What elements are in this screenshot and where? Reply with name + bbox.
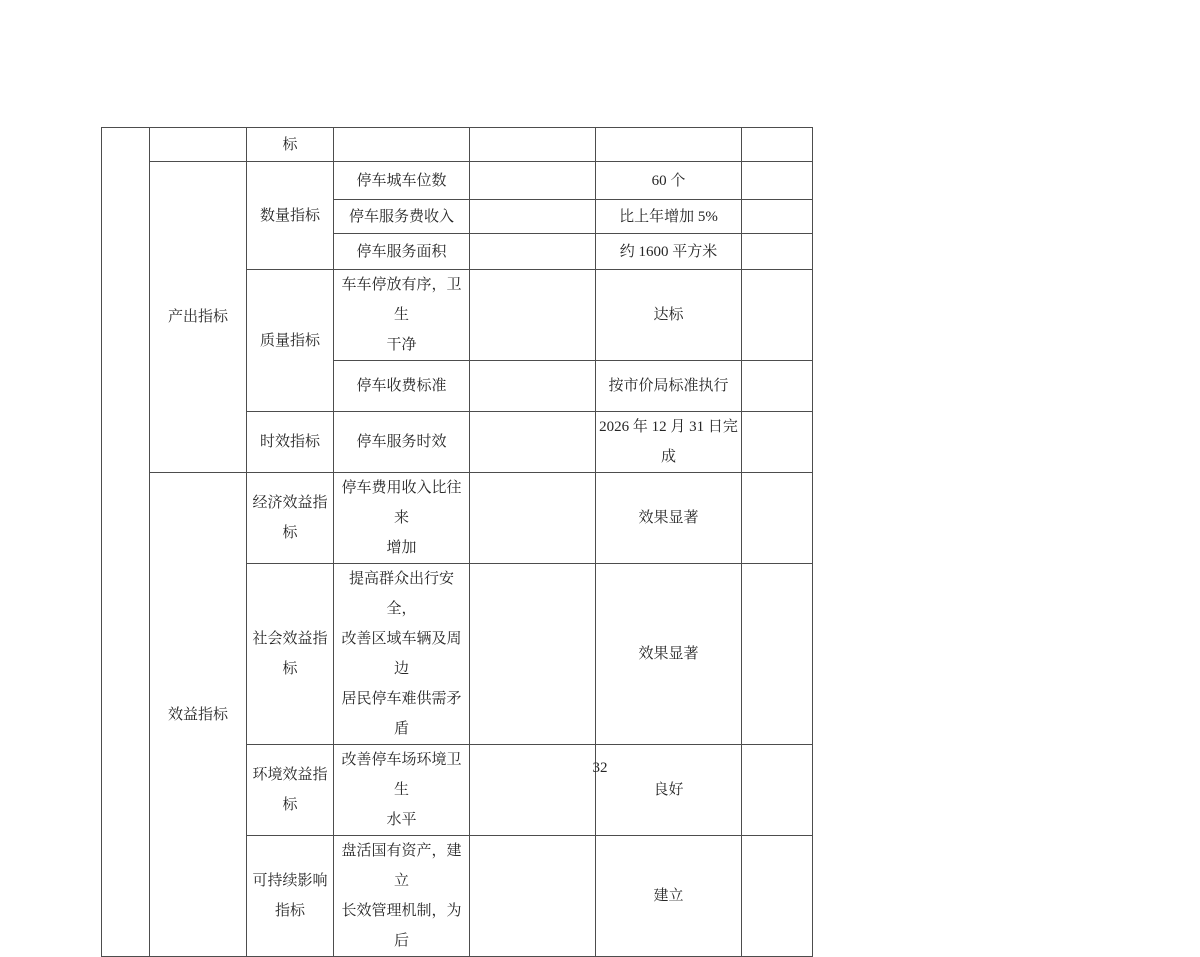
group-label-cell-timeliness: 时效指标 (247, 412, 334, 473)
target-value-cell: 效果显著 (596, 473, 742, 564)
indicator-name-cell: 停车城车位数 (334, 162, 470, 200)
blank-cell (742, 745, 813, 836)
blank-cell (470, 270, 596, 361)
group-label-cell-quality: 质量指标 (247, 270, 334, 412)
blank-cell (470, 234, 596, 270)
target-value-cell: 比上年增加 5% (596, 200, 742, 234)
blank-cell (334, 128, 470, 162)
blank-cell (470, 564, 596, 745)
target-value-cell: 建立 (596, 836, 742, 957)
blank-cell (596, 128, 742, 162)
group-label-cell-quantity: 数量指标 (247, 162, 334, 270)
target-value-cell: 约 1600 平方米 (596, 234, 742, 270)
indicator-name-cell: 改善停车场环境卫生 水平 (334, 745, 470, 836)
indicator-name-cell: 停车收费标准 (334, 361, 470, 412)
blank-cell (742, 564, 813, 745)
target-value-cell: 按市价局标准执行 (596, 361, 742, 412)
target-value-cell: 60 个 (596, 162, 742, 200)
section-label-cell-benefit: 效益指标 (150, 473, 247, 957)
group-label-cell-social: 社会效益指 标 (247, 564, 334, 745)
blank-cell (742, 836, 813, 957)
left-spanner-cell (102, 128, 150, 957)
table-row: 效益指标 经济效益指 标 停车费用收入比往来 增加 效果显著 (102, 473, 813, 564)
blank-cell (470, 162, 596, 200)
blank-cell (470, 473, 596, 564)
table-row: 产出指标 数量指标 停车城车位数 60 个 (102, 162, 813, 200)
blank-cell (742, 270, 813, 361)
indicator-name-cell: 停车服务费收入 (334, 200, 470, 234)
group-label-cell-sustainability: 可持续影响 指标 (247, 836, 334, 957)
blank-cell (742, 361, 813, 412)
blank-cell (742, 128, 813, 162)
indicator-name-cell: 盘活国有资产，建立 长效管理机制，为后 (334, 836, 470, 957)
blank-cell (470, 200, 596, 234)
indicator-name-cell: 停车服务时效 (334, 412, 470, 473)
blank-cell (470, 836, 596, 957)
group-label-cell-economic: 经济效益指 标 (247, 473, 334, 564)
section-label-cell-output: 产出指标 (150, 162, 247, 473)
page-number: 32 (0, 760, 1200, 777)
blank-cell (150, 128, 247, 162)
indicator-name-cell: 停车服务面积 (334, 234, 470, 270)
table-row: 标 (102, 128, 813, 162)
indicator-name-cell: 停车费用收入比往来 增加 (334, 473, 470, 564)
blank-cell (742, 473, 813, 564)
blank-cell (470, 412, 596, 473)
blank-cell (742, 412, 813, 473)
indicator-name-cell: 提高群众出行安全， 改善区域车辆及周边 居民停车难供需矛盾 (334, 564, 470, 745)
target-value-cell: 达标 (596, 270, 742, 361)
group-label-cell-environmental: 环境效益指 标 (247, 745, 334, 836)
blank-cell (470, 361, 596, 412)
document-page: 标 产出指标 数量指标 停车城车位数 60 个 停车服务费收入 比上年增加 5%… (0, 0, 1200, 848)
carryover-label-cell: 标 (247, 128, 334, 162)
blank-cell (742, 234, 813, 270)
blank-cell (470, 745, 596, 836)
target-value-cell: 良好 (596, 745, 742, 836)
indicator-name-cell: 车车停放有序，卫生 干净 (334, 270, 470, 361)
blank-cell (742, 162, 813, 200)
target-value-cell: 2026 年 12 月 31 日完成 (596, 412, 742, 473)
target-value-cell: 效果显著 (596, 564, 742, 745)
blank-cell (742, 200, 813, 234)
blank-cell (470, 128, 596, 162)
performance-indicator-table: 标 产出指标 数量指标 停车城车位数 60 个 停车服务费收入 比上年增加 5%… (101, 127, 813, 957)
